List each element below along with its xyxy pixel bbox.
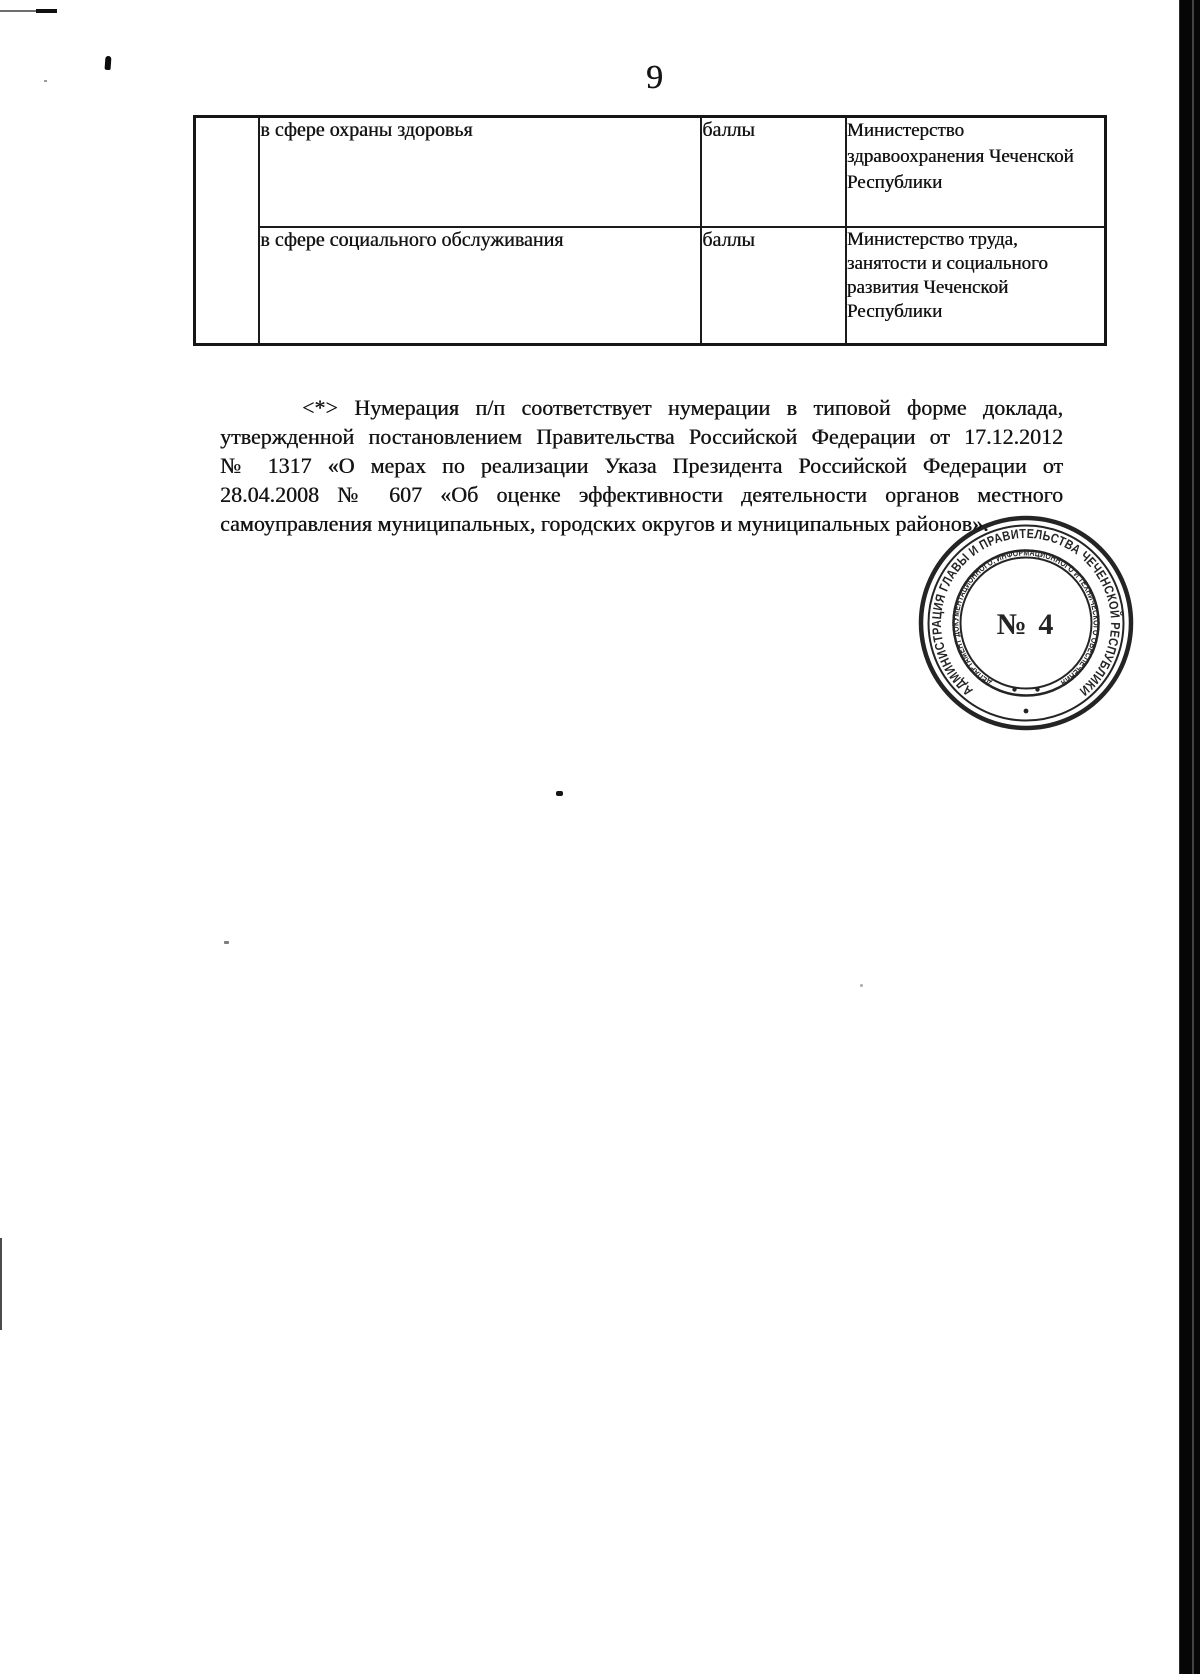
indicator-text: в сфере охраны здоровья: [260, 118, 700, 143]
stamp-separator-dot: [1024, 709, 1029, 714]
table-cell-authority: Министерство здравоохранения Чеченской Р…: [846, 117, 1106, 227]
table-cell-unit: баллы: [701, 227, 846, 345]
authority-line: здравоохранения Чеченской: [847, 144, 1104, 170]
table-cell-indicator: в сфере охраны здоровья: [259, 117, 701, 227]
stamp-graphic: АДМИНИСТРАЦИЯ ГЛАВЫ И ПРАВИТЕЛЬСТВА ЧЕЧЕ…: [921, 518, 1131, 728]
table-cell-unit: баллы: [701, 117, 846, 227]
table-cell-authority: Министерство труда, занятости и социальн…: [846, 227, 1106, 345]
scan-artifact-ink-mark: [105, 56, 112, 70]
scan-artifact-speck: [556, 791, 563, 796]
unit-text: баллы: [702, 228, 845, 253]
scanned-document-page: 9 в сфере охраны здоровья баллы Министер…: [0, 0, 1200, 1674]
page-number: 9: [646, 58, 663, 98]
authority-line: Министерство труда,: [847, 228, 1104, 252]
authority-line: развития Чеченской: [847, 276, 1104, 300]
scan-artifact-dot: [44, 80, 47, 82]
scan-artifact-speck: [224, 941, 229, 944]
authority-line: занятости и социального: [847, 252, 1104, 276]
scan-artifact-speck: [860, 984, 863, 987]
scan-artifact-black-bar-stripe: [1192, 0, 1194, 1674]
table-row: в сфере социального обслуживания баллы М…: [195, 227, 1106, 345]
indicators-table: в сфере охраны здоровья баллы Министерст…: [193, 115, 1107, 346]
table-row: в сфере охраны здоровья баллы Министерст…: [195, 117, 1106, 227]
stamp-number-text: № 4: [997, 608, 1056, 641]
unit-text: баллы: [702, 118, 845, 143]
table-cell-number-empty: [195, 117, 260, 345]
table-cell-indicator: в сфере социального обслуживания: [259, 227, 701, 345]
authority-line: Республики: [847, 300, 1104, 324]
stamp-separator-dot: [1035, 687, 1039, 691]
authority-line: Республики: [847, 170, 1104, 196]
footnote-line: № 1317 «О мерах по реализации Указа През…: [220, 451, 1063, 480]
footnote-line: утвержденной постановлением Правительств…: [220, 422, 1063, 451]
stamp-separator-dot: [1012, 687, 1016, 691]
official-stamp-seal: АДМИНИСТРАЦИЯ ГЛАВЫ И ПРАВИТЕЛЬСТВА ЧЕЧЕ…: [906, 503, 1146, 743]
authority-line: Министерство: [847, 118, 1104, 144]
scan-artifact-left-edge-line: [0, 1238, 2, 1330]
scan-artifact-top-line-dark: [36, 9, 57, 13]
indicator-text: в сфере социального обслуживания: [260, 228, 700, 253]
scan-artifact-black-bar: [1179, 0, 1200, 1674]
footnote-line: <*> Нумерация п/п соответствует нумераци…: [220, 393, 1063, 422]
